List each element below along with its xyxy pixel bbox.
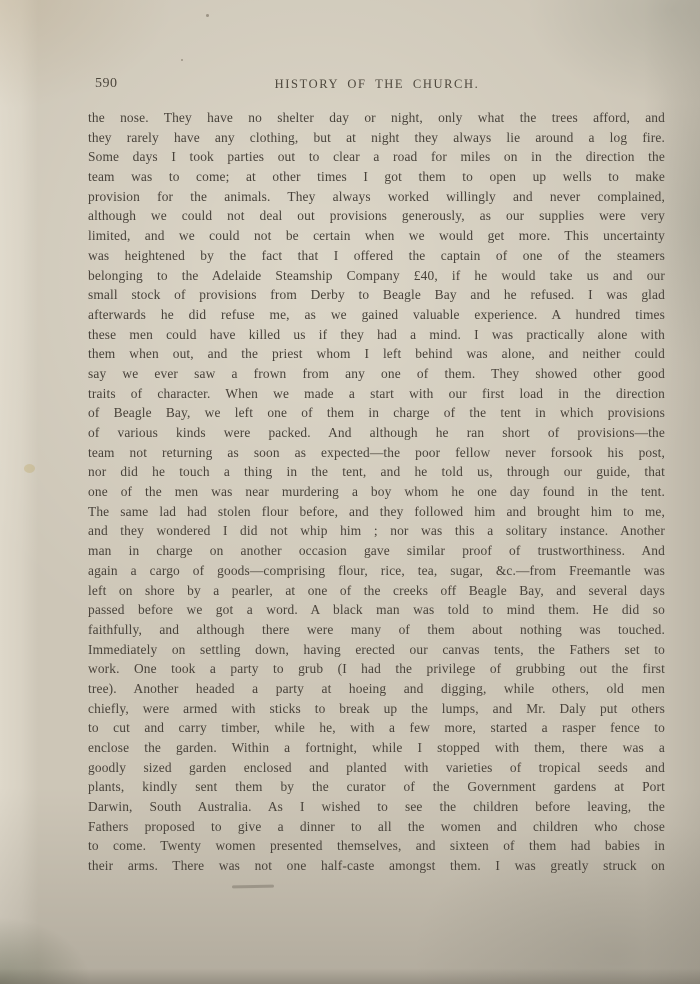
text-line: was heightened by the fact that I offere… [88, 246, 665, 266]
text-line: man in charge on another occasion gave s… [88, 541, 665, 561]
text-line: these men could have killed us if they h… [88, 325, 665, 345]
text-line: nor did he touch a thing in the tent, an… [88, 462, 665, 482]
text-line: tree). Another headed a party at hoeing … [88, 679, 665, 699]
scanned-book-page: 590 HISTORY OF THE CHURCH. the nose. The… [0, 0, 700, 984]
text-line: limited, and we could not be certain whe… [88, 226, 665, 246]
text-line: their arms. There was not one half-caste… [88, 856, 665, 876]
text-line: plants, kindly sent them by the curator … [88, 777, 665, 797]
text-line: team not returning as soon as expected—t… [88, 443, 665, 463]
text-line: provision for the animals. They always w… [88, 187, 665, 207]
body-text: the nose. They have no shelter day or ni… [88, 108, 665, 876]
text-line: of various kinds were packed. And althou… [88, 423, 665, 443]
text-line: again a cargo of goods—comprising flour,… [88, 561, 665, 581]
scan-speck [206, 14, 209, 17]
text-line: one of the men was near murdering a boy … [88, 482, 665, 502]
text-line: they rarely have any clothing, but at ni… [88, 128, 665, 148]
scan-speck [181, 59, 183, 61]
text-line: and they wondered I did not whip him ; n… [88, 521, 665, 541]
text-line: The same lad had stolen flour before, an… [88, 502, 665, 522]
text-line: although we could not deal out provision… [88, 206, 665, 226]
text-line: them when out, and the priest whom I lef… [88, 344, 665, 364]
text-line: traits of character. When we made a star… [88, 384, 665, 404]
text-line: work. One took a party to grub (I had th… [88, 659, 665, 679]
text-line: enclose the garden. Within a fortnight, … [88, 738, 665, 758]
text-line: to come. Twenty women presented themselv… [88, 836, 665, 856]
text-line: say we ever saw a frown from any one of … [88, 364, 665, 384]
running-title: HISTORY OF THE CHURCH. [88, 77, 666, 92]
text-line: small stock of provisions from Derby to … [88, 285, 665, 305]
text-line: of Beagle Bay, we left one of them in ch… [88, 403, 665, 423]
text-line: to cut and carry timber, while he, with … [88, 718, 665, 738]
text-line: goodly sized garden enclosed and planted… [88, 758, 665, 778]
text-line: chiefly, were armed with sticks to break… [88, 699, 665, 719]
text-line: Immediately on settling down, having ere… [88, 640, 665, 660]
text-line: Darwin, South Australia. As I wished to … [88, 797, 665, 817]
foxing-spot [24, 464, 35, 473]
text-line: team was to come; at other times I got t… [88, 167, 665, 187]
text-line: belonging to the Adelaide Steamship Comp… [88, 266, 665, 286]
text-line: faithfully, and although there were many… [88, 620, 665, 640]
text-line: afterwards he did refuse me, as we gaine… [88, 305, 665, 325]
text-line: passed before we got a word. A black man… [88, 600, 665, 620]
text-line: the nose. They have no shelter day or ni… [88, 108, 665, 128]
scan-smudge [232, 885, 274, 889]
text-line: Some days I took parties out to clear a … [88, 147, 665, 167]
page-header: 590 HISTORY OF THE CHURCH. [0, 76, 700, 94]
text-line: Fathers proposed to give a dinner to all… [88, 817, 665, 837]
text-line: left on shore by a pearler, at one of th… [88, 581, 665, 601]
